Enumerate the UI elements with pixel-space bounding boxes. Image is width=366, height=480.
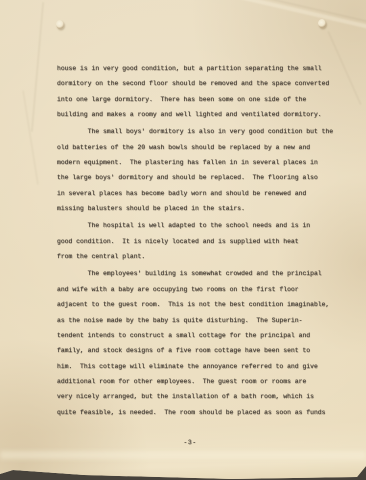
text-line: The hospital is well adapted to the scho… bbox=[57, 218, 347, 233]
text-line: old batteries of the 20 wash bowls shoul… bbox=[57, 140, 347, 155]
paragraph: The hospital is well adapted to the scho… bbox=[57, 218, 347, 264]
text-line: dormitory on the second floor should be … bbox=[57, 76, 347, 91]
text-line: as the noise made by the baby is quite d… bbox=[57, 313, 347, 328]
text-line: the large boys' dormitory and should be … bbox=[57, 170, 347, 185]
text-line: house is in very good condition, but a p… bbox=[57, 61, 347, 76]
text-line: in several places has become badly worn … bbox=[57, 186, 347, 201]
text-line: good condition. It is nicely located and… bbox=[57, 234, 347, 249]
text-line: adjacent to the guest room. This is not … bbox=[57, 297, 347, 312]
punch-hole-left bbox=[56, 20, 64, 29]
crease-mark-top-left bbox=[31, 2, 43, 132]
crease-mark-left-branch bbox=[23, 91, 39, 185]
text-line: The employees' building is somewhat crow… bbox=[57, 266, 347, 281]
text-line: tendent intends to construct a small cot… bbox=[57, 328, 347, 343]
text-line: modern equipment. The plastering has fal… bbox=[57, 155, 347, 170]
text-block: house is in very good condition, but a p… bbox=[57, 61, 347, 420]
text-line: additional room for other employees. The… bbox=[57, 374, 347, 389]
text-line: quite feasible, is needed. The room shou… bbox=[57, 405, 347, 420]
text-line: building and makes a roomy and well ligh… bbox=[57, 107, 347, 122]
text-line: from the central plant. bbox=[57, 249, 347, 264]
scan-backdrop: house is in very good condition, but a p… bbox=[0, 0, 366, 480]
page-number: -3- bbox=[0, 439, 366, 446]
text-line: into one large dormitory. There has been… bbox=[57, 92, 347, 107]
text-line: family, and stock designs of a five room… bbox=[57, 343, 347, 358]
punch-hole-right bbox=[318, 19, 326, 28]
paper-sheet: house is in very good condition, but a p… bbox=[0, 0, 366, 480]
text-line: missing balusters should be placed in th… bbox=[57, 201, 347, 216]
paragraph: house is in very good condition, but a p… bbox=[57, 61, 347, 122]
text-line: him. This cottage will eliminate the ann… bbox=[57, 359, 347, 374]
text-line: very nicely arranged, but the installati… bbox=[57, 389, 347, 404]
text-line: and wife with a baby are occupying two r… bbox=[57, 282, 347, 297]
paragraph: The employees' building is somewhat crow… bbox=[57, 266, 347, 419]
paragraph: The small boys' dormitory is also in ver… bbox=[57, 124, 347, 216]
fold-highlight-bottom bbox=[0, 451, 366, 459]
text-line: The small boys' dormitory is also in ver… bbox=[57, 124, 347, 139]
